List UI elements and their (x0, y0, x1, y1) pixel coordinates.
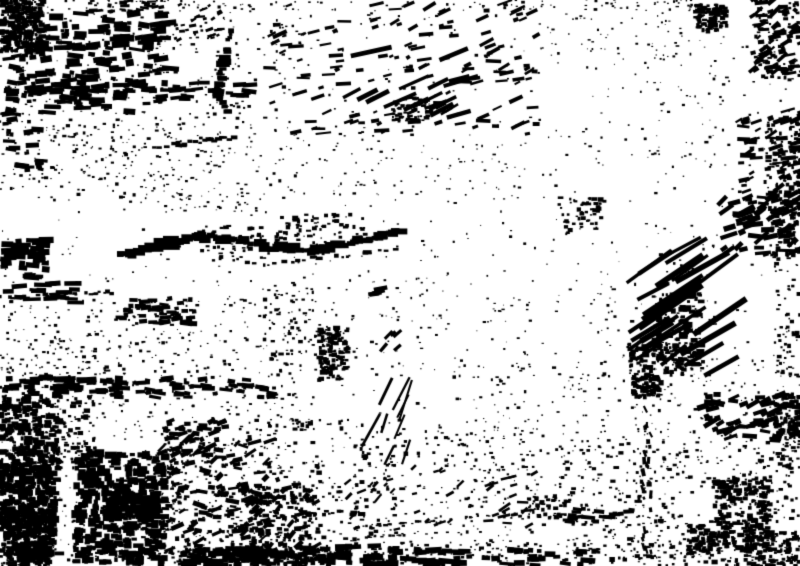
grunge-texture-image (0, 0, 800, 566)
texture-canvas (0, 0, 800, 566)
